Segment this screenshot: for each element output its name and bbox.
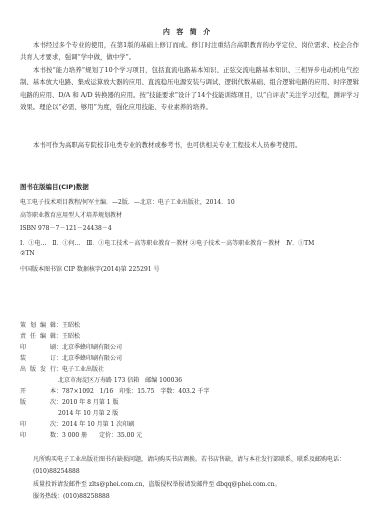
cip-line-classification: Ⅰ．①电… Ⅱ．①何… Ⅲ．①电工技术－高等职业教育－教材 ②电子技术－高等职业… bbox=[20, 238, 314, 247]
credit-responsible-editor: 责任编辑：王昭松 bbox=[20, 331, 80, 340]
credit-format: 开本：787×1092 1/16 印张：15.75 字数：403.2 千字 bbox=[20, 386, 210, 395]
credit-printing: 印刷：北京季蜂印刷有限公司 bbox=[20, 342, 122, 351]
credit-edition: 版次：2010 年 8 月第 1 版 bbox=[20, 397, 118, 406]
footer-return-notice: 凡所购买电子工业出版社图书有缺损问题，请向购买书店调换。若书店售缺，请与本社发行… bbox=[20, 454, 359, 478]
credit-publisher: 出版发行：电子工业出版社 bbox=[20, 364, 104, 373]
summary-paragraph-2: 本书按“能力培养”规划了10个学习项目，包括直流电路基本知识、正弦交流电路基本知… bbox=[20, 64, 359, 114]
credit-edition-2: 2014 年 10 月第 2 版 bbox=[58, 408, 118, 417]
credit-binding: 装订：北京季蜂印刷有限公司 bbox=[20, 353, 122, 362]
credit-print-run-price: 印数：3 000 册 定价：35.00 元 bbox=[20, 430, 142, 439]
credit-publisher-address: 北京市海淀区万寿路 173 信箱 邮编 100036 bbox=[58, 375, 182, 384]
summary-paragraph-3: 本书可作为高职高专院校非电类专业的教材或参考书，也可供相关专业工程技术人员参考使… bbox=[20, 139, 359, 151]
footer-service-hotline: 服务热线：(010)88258888 bbox=[33, 491, 110, 500]
credit-impression: 印次：2014 年 10 月第 1 次印刷 bbox=[20, 419, 134, 428]
cip-line-classification-cont: ②TN bbox=[20, 250, 35, 257]
cip-line-isbn: ISBN 978－7－121－24438－4 bbox=[20, 223, 112, 232]
cip-line-title: 电工电子技术项目教程/何军主编．—2版．—北京：电子工业出版社，2014．10 bbox=[20, 197, 235, 206]
footer-complaint-email: 质量投诉请发邮件至 zlts@phei.com.cn，盗版侵权举报请发邮件至 d… bbox=[33, 479, 281, 488]
cip-heading: 图书在版编目(CIP)数据 bbox=[20, 182, 89, 191]
cip-line-series: 高等职业教育应用型人才培养规划教材 bbox=[20, 210, 122, 219]
summary-title: 内 容 简 介 bbox=[0, 27, 375, 37]
cip-record-number: 中国版本图书馆 CIP 数据核字(2014)第 225291 号 bbox=[20, 264, 159, 273]
summary-paragraph-1: 本书经过多个专业的使用，在第1版的基础上修订而成。修订时注重结合高职教育的办学定… bbox=[20, 39, 359, 64]
credit-planning-editor: 策划编辑：王昭松 bbox=[20, 320, 80, 329]
